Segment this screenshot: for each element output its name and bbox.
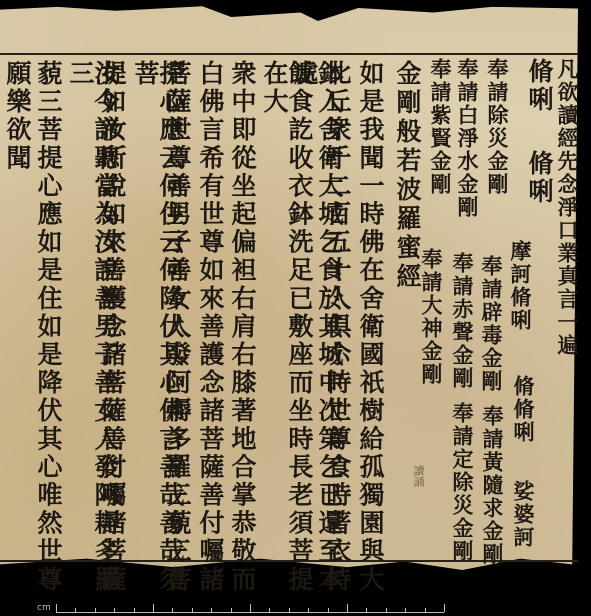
text-column-mantra-5: 娑婆訶 (513, 480, 534, 549)
text-column-invoke-1: 奉請除災金剛 (487, 58, 508, 196)
text-column-invoke-7: 奉請黃隨求金剛 (482, 405, 503, 566)
handwritten-note: 讀誦 (410, 465, 426, 487)
text-column-sutra-title: 金剛般若波羅蜜經 (395, 60, 420, 292)
scale-major-tick (56, 604, 57, 612)
text-column-invoke-3: 奉請紫賢金剛 (430, 58, 451, 196)
scale-minor-tick (289, 608, 290, 612)
scale-minor-tick (192, 608, 193, 612)
text-column-mantra-2: 脩唎 (527, 150, 552, 206)
scale-minor-tick (308, 608, 309, 612)
text-column-mantra-3: 摩訶脩唎 (510, 240, 531, 332)
text-column-sutra-5: 衆中即從坐起偏袒右肩右膝著地合掌恭敬而 (230, 60, 255, 594)
scale-major-tick (153, 604, 154, 612)
text-column-sutra-11: 藐三菩提心應如是住如是降伏其心唯然世尊 (36, 60, 61, 594)
text-column-invoke-5: 奉請赤聲金剛 (452, 252, 473, 390)
scale-minor-tick (328, 608, 329, 612)
scale-minor-tick (231, 608, 232, 612)
scale-unit-label: cm (37, 603, 51, 613)
scale-minor-tick (75, 608, 76, 612)
text-column-sutra-12: 願樂欲聞 (5, 60, 30, 172)
scale-major-tick (444, 604, 445, 612)
text-column-invoke-8: 奉請定除災金剛 (452, 402, 473, 563)
text-column-sutra-8: 提心應云何住云何降伏其心佛言善哉善哉須菩 (133, 60, 183, 616)
scale-minor-tick (172, 608, 173, 612)
scale-minor-tick (269, 608, 270, 612)
scale-minor-tick (425, 608, 426, 612)
text-column-mantra-1: 脩唎 (527, 58, 552, 114)
scale-minor-tick (386, 608, 387, 612)
top-border-rule (0, 53, 578, 55)
scale-minor-tick (366, 608, 367, 612)
text-column-invoke-2: 奉請白淨水金剛 (457, 58, 478, 219)
text-column-invoke-4: 奉請辟毒金剛 (481, 255, 502, 393)
scale-minor-tick (114, 608, 115, 612)
text-column-preface: 凡欲讀經先念淨口業真言一遍 (557, 58, 578, 357)
text-column-mantra-4: 脩脩唎 (513, 375, 534, 444)
scale-minor-tick (134, 608, 135, 612)
scale-bar (56, 604, 444, 613)
text-column-invoke-6: 奉請大神金剛 (421, 248, 442, 386)
text-column-sutra-6: 白佛言希有世尊如來善護念諸菩薩善付囑諸 (198, 60, 223, 594)
text-column-sutra-1: 如是我聞一時佛在舍衛國祇樹給孤獨園與大 (358, 60, 383, 594)
scale-minor-tick (405, 608, 406, 612)
scale-major-tick (347, 604, 348, 612)
scale-minor-tick (95, 608, 96, 612)
scale-major-tick (250, 604, 251, 612)
text-column-sutra-4: 飯食訖收衣鉢洗足已敷座而坐時長老須菩提在大 (262, 60, 312, 616)
text-column-sutra-10: 汝今諦聽當為汝說善男子善女人發阿耨多羅三 (68, 60, 118, 616)
scale-minor-tick (211, 608, 212, 612)
